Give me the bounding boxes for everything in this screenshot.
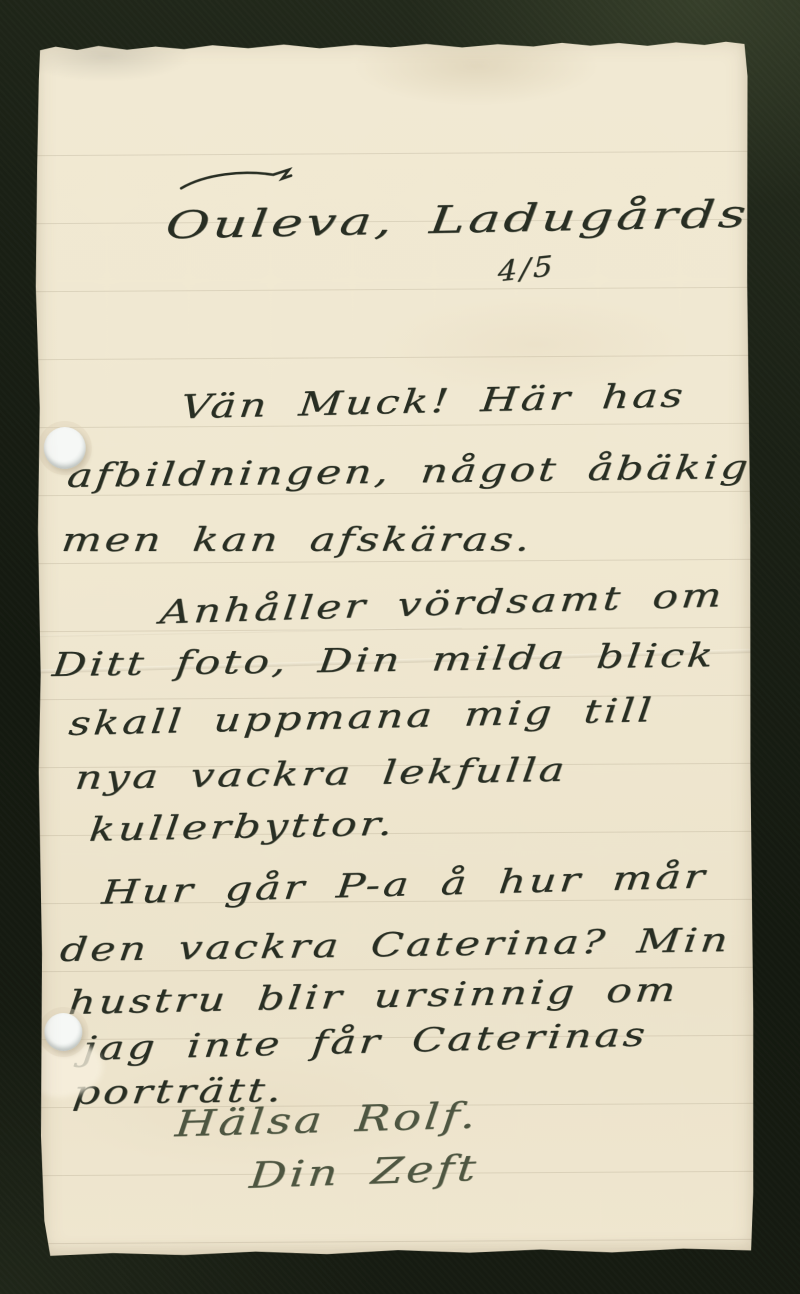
handwritten-line: Ditt foto, Din milda blick [50, 635, 718, 684]
ink-flourish-icon [177, 164, 307, 197]
hole-punch-bottom [44, 1013, 82, 1051]
letter-date: 4/5 [498, 249, 556, 289]
closing-line: Hälsa Rolf. [173, 1096, 480, 1146]
handwritten-line: Anhåller vördsamt om [158, 575, 726, 631]
letter-page: Ouleva, Ladugårdshagen 4/5 Vän Muck! Här… [34, 40, 754, 1257]
handwritten-line: den vackra Caterina? Min [58, 920, 733, 969]
handwritten-line: skall uppmana mig till [67, 690, 656, 743]
handwritten-line: Hur går P-a å hur mår [100, 856, 709, 912]
handwritten-line: Vän Muck! Här has [179, 375, 688, 426]
handwritten-line: jag inte får Caterinas [81, 1015, 650, 1068]
letter-place-dateline: Ouleva, Ladugårdshagen [164, 188, 800, 247]
handwritten-line: men kan afskäras. [59, 520, 535, 559]
signature-line: Din Zeft [248, 1148, 481, 1197]
handwritten-line: nya vackra lekfulla [73, 750, 569, 797]
hole-punch-top [44, 427, 86, 469]
scan-background: Ouleva, Ladugårdshagen 4/5 Vän Muck! Här… [0, 0, 800, 1294]
handwritten-line: afbildningen, något åbäkig [65, 447, 753, 495]
handwritten-line: hustru blir ursinnig om [67, 970, 681, 1022]
handwritten-line: kullerbyttor. [88, 804, 398, 849]
